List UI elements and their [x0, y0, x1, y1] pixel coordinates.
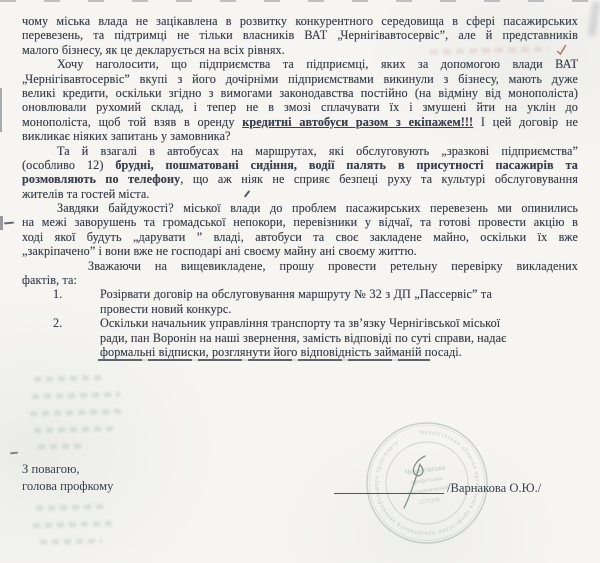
text-run: формальні відписки, розглянути його відп… — [100, 345, 462, 359]
text-run: (особливо 12) — [22, 158, 115, 172]
paragraph-5: Зважаючи на вищевикладене, прошу провест… — [22, 259, 578, 288]
numbered-list: 1. Розірвати договір на обслуговування м… — [22, 287, 578, 359]
text-line: „закріпачено” і вони вже не господарі ан… — [22, 244, 578, 258]
text-run: ході якої будуть „дарувати ” владі, авто… — [22, 230, 578, 244]
text-line: малого бізнесу, як це декларується на вс… — [22, 43, 578, 57]
text-run: чому міська влада не зацікавлена в розви… — [22, 14, 578, 28]
text-line: „Чернігівавтосервіс” вкупі з його дочірн… — [22, 72, 578, 86]
list-item-1: 1. Розірвати договір на обслуговування м… — [22, 287, 578, 316]
text-run: жителів та гостей міста. — [22, 187, 150, 201]
text-line: Зважаючи на вищевикладене, прошу провест… — [22, 259, 578, 273]
text-line: Та й взагалі в автобусах на маршрутах, я… — [22, 144, 578, 158]
text-run: провести новий конкурс. — [100, 302, 231, 316]
margin-dash — [4, 221, 14, 224]
text-line: монополіста, щоб той взяв в оренду креди… — [22, 115, 578, 129]
emphasis-bold: розмовляють по телефону — [22, 172, 180, 186]
text-line: викликає ніяких запитань у замовника? — [22, 129, 578, 143]
text-run: Та й взагалі в автобусах на маршрутах, я… — [57, 144, 578, 158]
text-line: Оскільки начальник управління транспорту… — [100, 316, 492, 330]
scan-edge-left-mark — [0, 216, 3, 230]
text-line: на межі заворушень та громадської непоко… — [22, 215, 578, 229]
text-line: чому міська влада не зацікавлена в розви… — [22, 14, 578, 28]
bleed-through-mark — [38, 443, 84, 449]
text-line: Хочу наголосити, що підприємства та підп… — [22, 57, 578, 71]
text-line: Розірвати договір на обслуговування марш… — [100, 287, 492, 301]
text-run: великі кредити, оскільки згідно з вимога… — [22, 86, 578, 100]
text-line: фактів, та: — [22, 273, 578, 287]
text-line: жителів та гостей міста. — [22, 187, 578, 201]
handwritten-signature — [392, 450, 442, 512]
text-run: викликає ніяких запитань у замовника? — [22, 129, 231, 143]
text-run: перевезень, та підтримці не тільки власн… — [22, 28, 578, 42]
emphasis-bold: брудні, пошматовані сидіння, водії палят… — [115, 158, 578, 172]
text-line: великі кредити, оскільки згідно з вимога… — [22, 86, 578, 100]
paragraph-1: чому міська влада не зацікавлена в розви… — [22, 14, 578, 57]
text-line: розмовляють по телефону, що аж ніяк не с… — [22, 172, 578, 186]
document-page: чому міська влада не зацікавлена в розви… — [0, 0, 600, 563]
bleed-through-mark — [32, 392, 120, 399]
text-run: Завдяки байдужості? міської влади до про… — [57, 201, 578, 215]
text-line: ради, пан Воронін на наші звернення, зам… — [100, 331, 492, 345]
bleed-through-mark — [33, 521, 113, 528]
text-run: , що аж ніяк не сприяє безпеці руху та к… — [180, 172, 578, 186]
list-item-2: 2. Оскільки начальник управління транспо… — [22, 316, 578, 359]
text-run: Розірвати договір на обслуговування марш… — [100, 287, 492, 301]
text-run: „Чернігівавтосервіс” вкупі з його дочірн… — [22, 72, 578, 86]
text-line: ході якої будуть „дарувати ” владі, авто… — [22, 230, 578, 244]
text-line: провести новий конкурс. — [100, 302, 492, 316]
text-line: формальні відписки, розглянути його відп… — [100, 345, 492, 359]
list-number: 1. — [53, 287, 62, 301]
sender-role: голова профкому — [22, 479, 113, 494]
text-run: Зважаючи на вищевикладене, прошу провест… — [88, 259, 578, 273]
text-run: ради, пан Воронін на наші звернення, зам… — [100, 331, 506, 345]
text-run: Оскільки начальник управління транспорту… — [100, 316, 500, 330]
text-run: на межі заворушень та громадської непоко… — [22, 215, 578, 229]
text-run: монополіста, щоб той взяв в оренду — [22, 115, 242, 129]
margin-dash — [10, 452, 18, 455]
text-run: малого бізнесу, як це декларується на вс… — [22, 43, 285, 57]
scan-smudge-top-right — [588, 2, 600, 37]
paragraph-2: Хочу наголосити, що підприємства та підп… — [22, 57, 578, 143]
bleed-through-mark — [34, 426, 118, 433]
text-run: І цей договір не — [473, 115, 578, 129]
emphasis-bold-underline: кредитні автобуси разом з екіпажем!!! — [242, 115, 473, 129]
text-line: перевезень, та підтримці не тільки власн… — [22, 28, 578, 42]
text-run: оновлювали рухомий склад, і тепер не в з… — [22, 100, 578, 114]
list-number: 2. — [53, 316, 62, 330]
paragraph-3: Та й взагалі в автобусах на маршрутах, я… — [22, 144, 578, 202]
letter-body: чому міська влада не зацікавлена в розви… — [22, 14, 578, 359]
bleed-through-mark — [40, 538, 102, 545]
closing-salutation: З повагою, — [22, 462, 80, 477]
text-line: Завдяки байдужості? міської влади до про… — [22, 201, 578, 215]
paragraph-4: Завдяки байдужості? міської влади до про… — [22, 201, 578, 259]
text-line: (особливо 12) брудні, пошматовані сидінн… — [22, 158, 578, 172]
text-run: Хочу наголосити, що підприємства та підп… — [57, 57, 578, 71]
bleed-through-mark — [30, 409, 126, 417]
bleed-through-mark — [34, 375, 106, 382]
text-run: фактів, та: — [22, 273, 77, 287]
signatory-name: /Варнакова О.Ю./ — [447, 481, 541, 496]
bleed-through-mark — [36, 504, 106, 511]
scan-edge-left-mark — [0, 88, 2, 132]
text-line: оновлювали рухомий склад, і тепер не в з… — [22, 100, 578, 114]
text-run: „закріпачено” і вони вже не господарі ан… — [22, 244, 417, 258]
scan-edge-top — [0, 0, 600, 2]
